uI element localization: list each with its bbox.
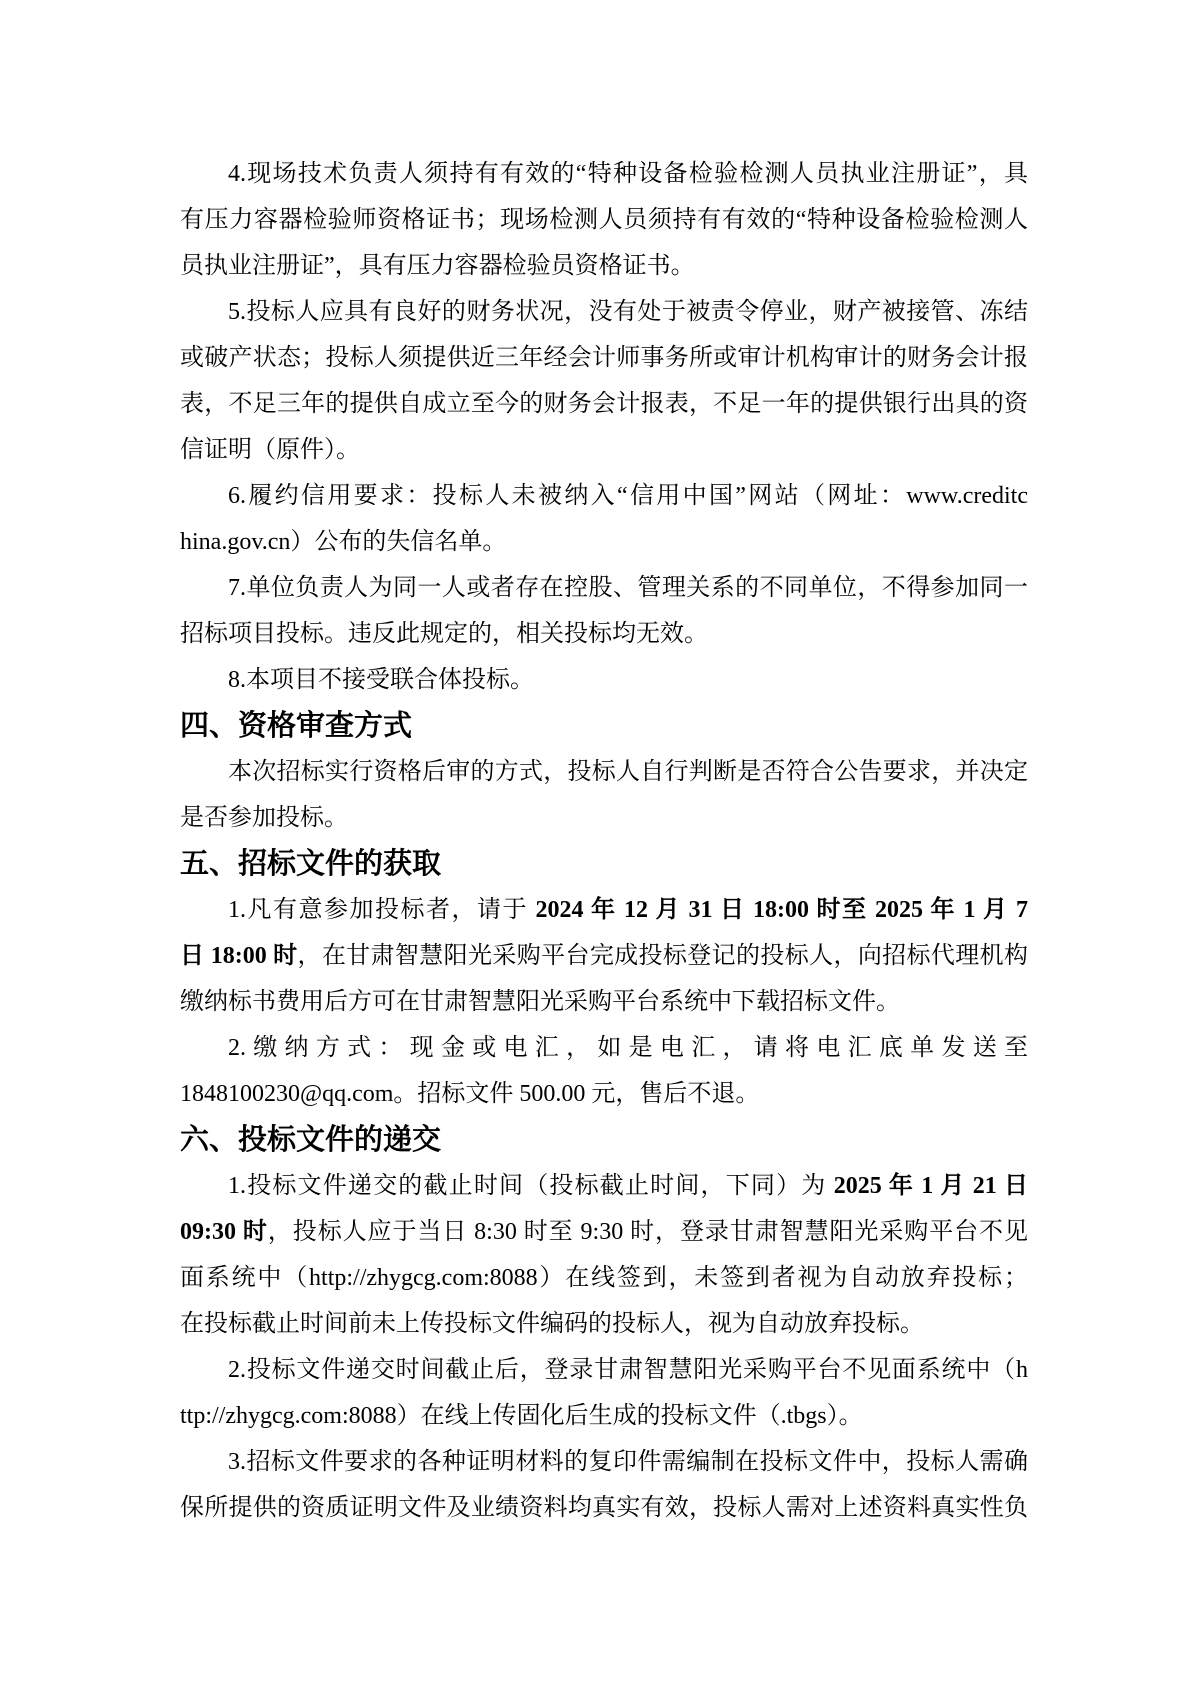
text-line: 缴纳标书费用后方可在甘肃智慧阳光采购平台系统中下载招标文件。 [180, 979, 1028, 1025]
bold-text-segment: 日 18:00 时 [180, 943, 297, 969]
text-line: 或破产状态；投标人须提供近三年经会计师事务所或审计机构审计的财务会计报 [180, 335, 1028, 381]
text-segment: ，投标人应于当日 8:30 时至 9:30 时，登录甘肃智慧阳光采购平台不见 [268, 1219, 1028, 1245]
text-segment: 8.本项目不接受联合体投标。 [228, 667, 534, 693]
text-segment: 表，不足三年的提供自成立至今的财务会计报表，不足一年的提供银行出具的资 [180, 391, 1028, 417]
text-segment: 是否参加投标。 [180, 805, 348, 831]
text-line: 有压力容器检验师资格证书；现场检测人员须持有有效的“特种设备检验检测人 [180, 197, 1028, 243]
text-line: 1848100230@qq.com。招标文件 500.00 元，售后不退。 [180, 1071, 1028, 1117]
document-content: 4.现场技术负责人须持有有效的“特种设备检验检测人员执业注册证”，具有压力容器检… [180, 151, 1028, 1531]
text-segment: 招标项目投标。违反此规定的，相关投标均无效。 [180, 621, 708, 647]
text-line: 日 18:00 时，在甘肃智慧阳光采购平台完成投标登记的投标人，向招标代理机构 [180, 933, 1028, 979]
bold-text-segment: 2025 年 1 月 21 日 [834, 1173, 1028, 1199]
text-segment: 在投标截止时间前未上传投标文件编码的投标人，视为自动放弃投标。 [180, 1311, 924, 1337]
bold-text-segment: 09:30 时 [180, 1219, 268, 1245]
text-line: 1.凡有意参加投标者，请于 2024 年 12 月 31 日 18:00 时至 … [180, 887, 1028, 933]
text-segment: 1.凡有意参加投标者，请于 [228, 897, 536, 923]
text-segment: 面系统中（http://zhygcg.com:8088）在线签到，未签到者视为自… [180, 1265, 1028, 1291]
text-line: 在投标截止时间前未上传投标文件编码的投标人，视为自动放弃投标。 [180, 1301, 1028, 1347]
text-line: ttp://zhygcg.com:8088）在线上传固化后生成的投标文件（.tb… [180, 1393, 1028, 1439]
text-segment: 6.履约信用要求：投标人未被纳入“信用中国”网站（网址：www.creditc [228, 483, 1028, 509]
text-segment: ，在甘肃智慧阳光采购平台完成投标登记的投标人，向招标代理机构 [297, 943, 1028, 969]
section-heading: 四、资格审查方式 [180, 703, 1028, 749]
text-segment: hina.gov.cn）公布的失信名单。 [180, 529, 506, 555]
text-line: 1.投标文件递交的截止时间（投标截止时间，下同）为 2025 年 1 月 21 … [180, 1163, 1028, 1209]
text-segment: 或破产状态；投标人须提供近三年经会计师事务所或审计机构审计的财务会计报 [180, 345, 1028, 371]
text-line: 3.招标文件要求的各种证明材料的复印件需编制在投标文件中，投标人需确 [180, 1439, 1028, 1485]
text-segment: 4.现场技术负责人须持有有效的“特种设备检验检测人员执业注册证”，具 [228, 161, 1028, 187]
text-line: 2.缴纳方式：现金或电汇，如是电汇，请将电汇底单发送至 [180, 1025, 1028, 1071]
text-line: 面系统中（http://zhygcg.com:8088）在线签到，未签到者视为自… [180, 1255, 1028, 1301]
text-line: 09:30 时，投标人应于当日 8:30 时至 9:30 时，登录甘肃智慧阳光采… [180, 1209, 1028, 1255]
text-line: 2.投标文件递交时间截止后，登录甘肃智慧阳光采购平台不见面系统中（h [180, 1347, 1028, 1393]
text-segment: 1848100230@qq.com。招标文件 500.00 元，售后不退。 [180, 1081, 759, 1107]
text-line: 本次招标实行资格后审的方式，投标人自行判断是否符合公告要求，并决定 [180, 749, 1028, 795]
text-line: 7.单位负责人为同一人或者存在控股、管理关系的不同单位，不得参加同一 [180, 565, 1028, 611]
text-line: 是否参加投标。 [180, 795, 1028, 841]
text-line: 表，不足三年的提供自成立至今的财务会计报表，不足一年的提供银行出具的资 [180, 381, 1028, 427]
text-segment: 3.招标文件要求的各种证明材料的复印件需编制在投标文件中，投标人需确 [228, 1449, 1028, 1475]
text-segment: 5.投标人应具有良好的财务状况，没有处于被责令停业，财产被接管、冻结 [228, 299, 1028, 325]
text-line: 信证明（原件）。 [180, 427, 1028, 473]
text-line: 8.本项目不接受联合体投标。 [180, 657, 1028, 703]
bold-text-segment: 六、投标文件的递交 [180, 1124, 441, 1156]
text-line: hina.gov.cn）公布的失信名单。 [180, 519, 1028, 565]
text-segment: 2.缴纳方式：现金或电汇，如是电汇，请将电汇底单发送至 [228, 1035, 1028, 1061]
text-segment: ttp://zhygcg.com:8088）在线上传固化后生成的投标文件（.tb… [180, 1403, 863, 1429]
text-segment: 员执业注册证”，具有压力容器检验员资格证书。 [180, 253, 695, 279]
section-heading: 六、投标文件的递交 [180, 1117, 1028, 1163]
text-segment: 1.投标文件递交的截止时间（投标截止时间，下同）为 [228, 1173, 834, 1199]
text-line: 招标项目投标。违反此规定的，相关投标均无效。 [180, 611, 1028, 657]
section-heading: 五、招标文件的获取 [180, 841, 1028, 887]
text-segment: 2.投标文件递交时间截止后，登录甘肃智慧阳光采购平台不见面系统中（h [228, 1357, 1028, 1383]
document-page: 4.现场技术负责人须持有有效的“特种设备检验检测人员执业注册证”，具有压力容器检… [0, 0, 1191, 1684]
text-segment: 有压力容器检验师资格证书；现场检测人员须持有有效的“特种设备检验检测人 [180, 207, 1028, 233]
text-segment: 信证明（原件）。 [180, 437, 360, 463]
text-line: 4.现场技术负责人须持有有效的“特种设备检验检测人员执业注册证”，具 [180, 151, 1028, 197]
bold-text-segment: 五、招标文件的获取 [180, 848, 441, 880]
text-line: 6.履约信用要求：投标人未被纳入“信用中国”网站（网址：www.creditc [180, 473, 1028, 519]
text-segment: 本次招标实行资格后审的方式，投标人自行判断是否符合公告要求，并决定 [228, 759, 1028, 785]
text-segment: 保所提供的资质证明文件及业绩资料均真实有效，投标人需对上述资料真实性负 [180, 1495, 1028, 1521]
text-segment: 缴纳标书费用后方可在甘肃智慧阳光采购平台系统中下载招标文件。 [180, 989, 900, 1015]
text-line: 员执业注册证”，具有压力容器检验员资格证书。 [180, 243, 1028, 289]
bold-text-segment: 2024 年 12 月 31 日 18:00 时至 2025 年 1 月 7 [536, 897, 1029, 923]
text-segment: 7.单位负责人为同一人或者存在控股、管理关系的不同单位，不得参加同一 [228, 575, 1028, 601]
text-line: 保所提供的资质证明文件及业绩资料均真实有效，投标人需对上述资料真实性负 [180, 1485, 1028, 1531]
bold-text-segment: 四、资格审查方式 [180, 710, 412, 742]
text-line: 5.投标人应具有良好的财务状况，没有处于被责令停业，财产被接管、冻结 [180, 289, 1028, 335]
